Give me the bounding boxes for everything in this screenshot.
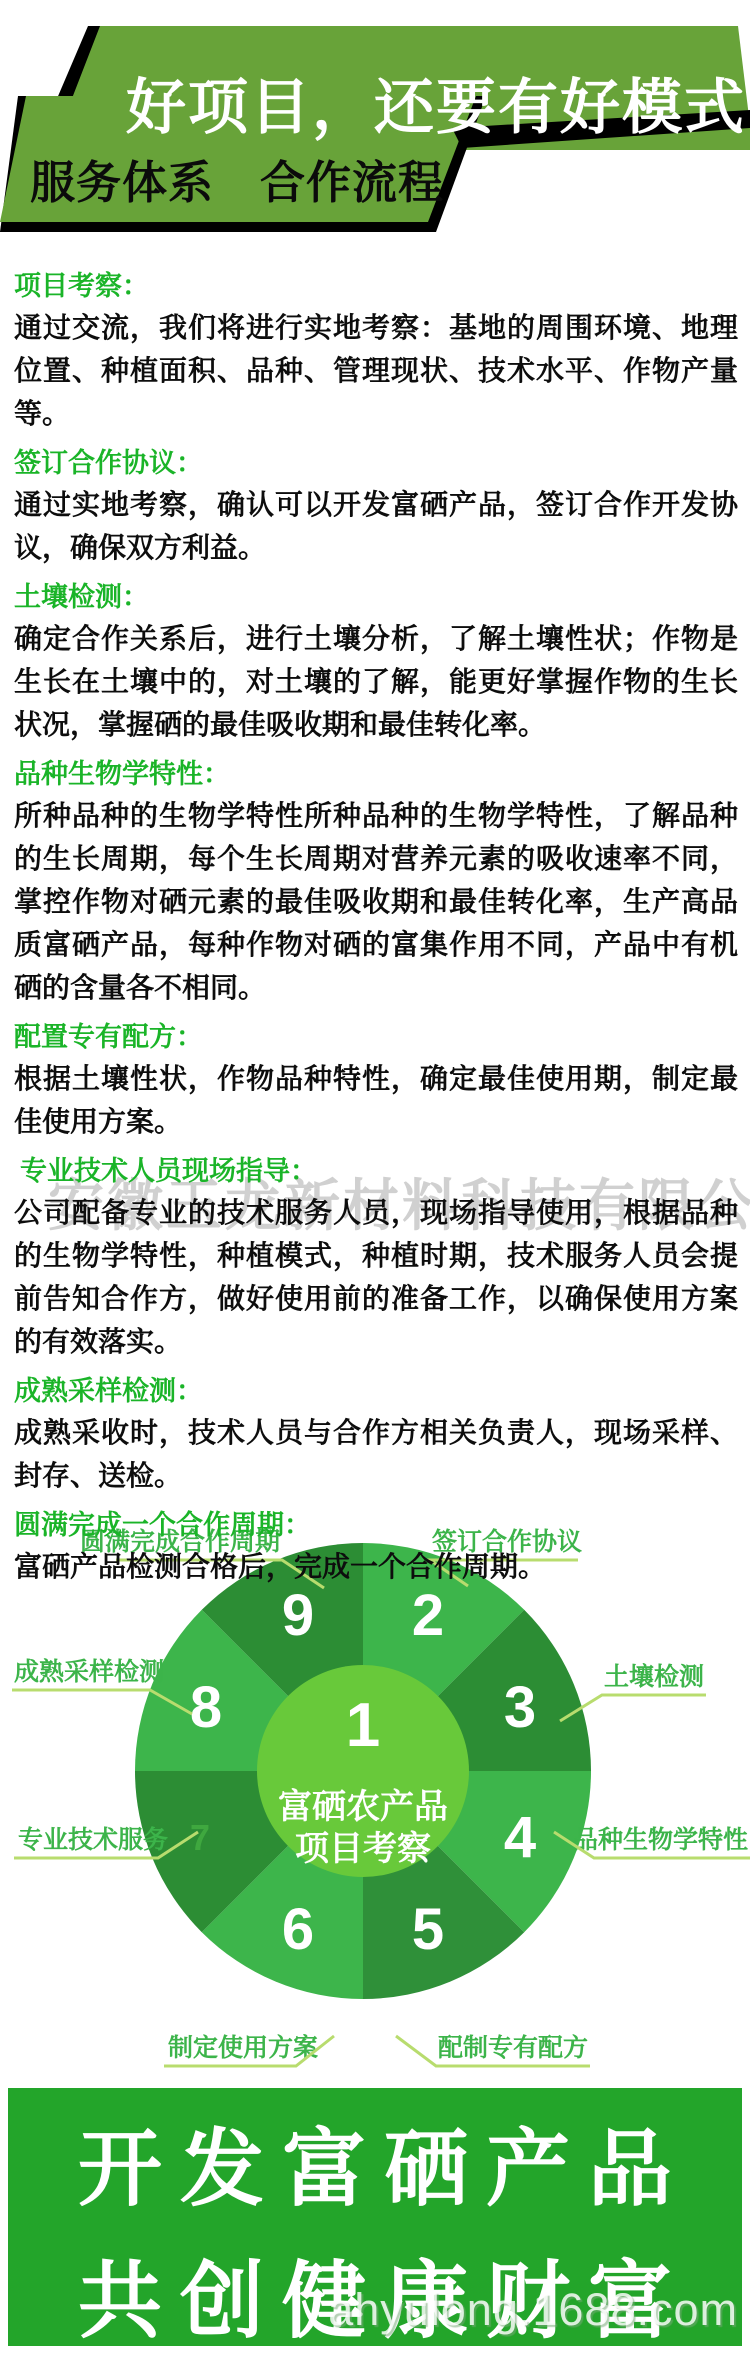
section-body-sign-agreement: 通过实地考察，确认可以开发富硒产品，签订合作开发协议，确保双方利益。 [14, 483, 738, 569]
wedge-number-4: 4 [504, 1805, 536, 1870]
page: 好项目，还要有好模式 服务体系 合作流程 安徽玉龙新材料科技有限公司 项目考察：… [0, 0, 750, 2362]
section-heading-sign-agreement: 签订合作协议： [14, 445, 738, 481]
section-heading-sampling-test: 成熟采样检测： [14, 1373, 738, 1409]
page-subtitle: 服务体系 合作流程 [30, 146, 444, 211]
label-proprietary-formula: 配制专有配方 [438, 2033, 588, 2062]
center-title-line1: 富硒农产品 [278, 1787, 448, 1826]
service-process-sections: 项目考察： 通过交流，我们将进行实地考察：基地的周围环境、地理位置、种植面积、品… [14, 258, 738, 1588]
section-heading-cycle-complete: 圆满完成一个合作周期： [14, 1507, 738, 1543]
section-body-project-survey: 通过交流，我们将进行实地考察：基地的周围环境、地理位置、种植面积、品种、管理现状… [14, 306, 738, 435]
label-usage-plan: 制定使用方案 [168, 2033, 318, 2062]
label-variety-biology: 品种生物学特性 [573, 1825, 748, 1854]
label-tech-service: 专业技术服务 [18, 1825, 168, 1854]
section-body-cycle-complete: 富硒产品检测合格后，完成一个合作周期。 [14, 1545, 738, 1588]
section-heading-project-survey: 项目考察： [14, 268, 738, 304]
footer-banner: 开发富硒产品 共创健康财富 ahyulong.1688.com [8, 2088, 742, 2346]
wedge-number-2: 2 [412, 1583, 444, 1648]
wedge-number-9: 9 [282, 1583, 314, 1648]
section-body-variety-biology: 所种品种的生物学特性所种品种的生物学特性，了解品种的生长周期，每个生长周期对营养… [14, 794, 738, 1009]
wedge-number-5: 5 [412, 1897, 444, 1962]
center-title-line2: 项目考察 [295, 1830, 431, 1868]
section-heading-soil-test: 土壤检测： [14, 579, 738, 615]
label-soil-test: 土壤检测 [604, 1662, 704, 1691]
center-number: 1 [346, 1691, 380, 1760]
wedge-number-3: 3 [504, 1675, 536, 1740]
footer-slogan-line1: 开发富硒产品 [8, 2102, 742, 2223]
label-sampling-test: 成熟采样检测 [14, 1657, 164, 1686]
site-watermark: ahyulong.1688.com [328, 2284, 738, 2336]
wedge-number-8: 8 [190, 1675, 222, 1740]
section-body-sampling-test: 成熟采收时，技术人员与合作方相关负责人，现场采样、封存、送检。 [14, 1411, 738, 1497]
wedge-number-6: 6 [282, 1897, 314, 1962]
section-body-soil-test: 确定合作关系后，进行土壤分析，了解土壤性状；作物是生长在土壤中的，对土壤的了解，… [14, 617, 738, 746]
section-body-formula: 根据土壤性状，作物品种特性，确定最佳使用期，制定最佳使用方案。 [14, 1057, 738, 1143]
section-heading-formula: 配置专有配方： [14, 1019, 738, 1055]
wedge-number-7: 7 [190, 1817, 210, 1858]
section-heading-onsite-guidance: 专业技术人员现场指导： [14, 1153, 738, 1189]
page-title: 好项目，还要有好模式 [126, 60, 746, 146]
section-body-onsite-guidance: 公司配备专业的技术服务人员，现场指导使用，根据品种的生物学特性，种植模式，种植时… [14, 1191, 738, 1363]
section-heading-variety-biology: 品种生物学特性： [14, 756, 738, 792]
